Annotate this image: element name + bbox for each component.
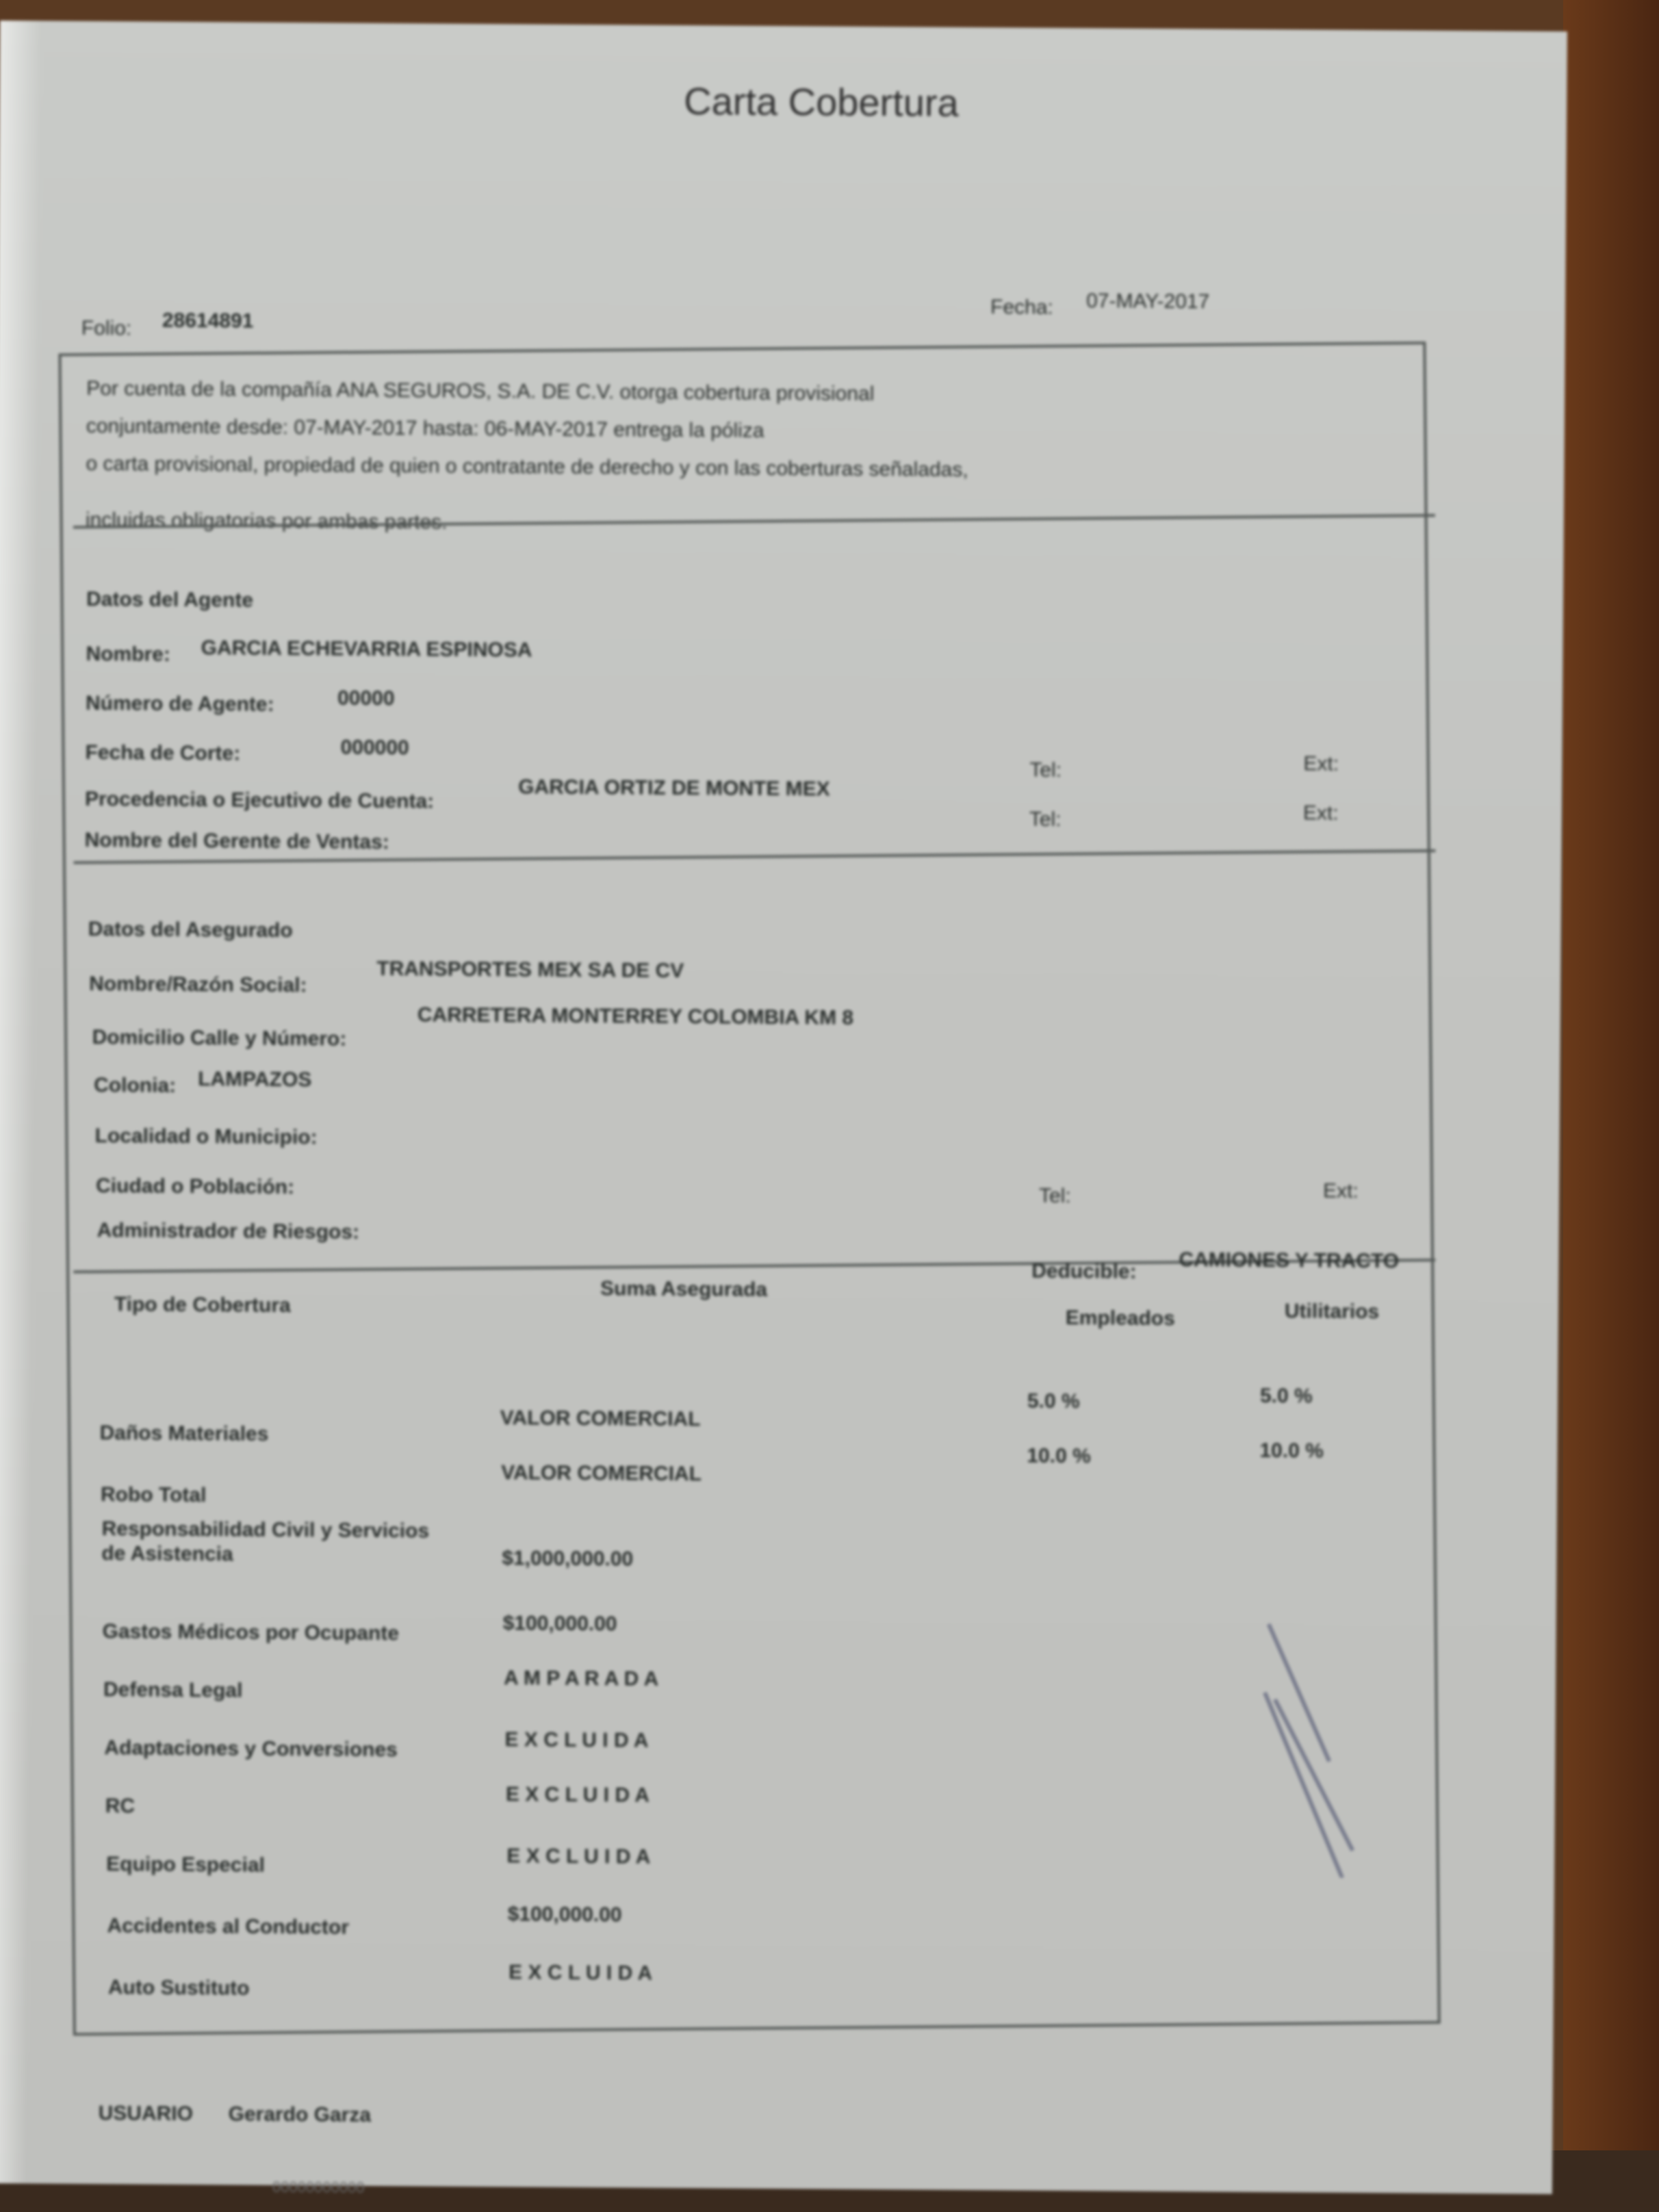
cutoff-date-label: Fecha de Corte: bbox=[85, 741, 240, 766]
bottom-note: 00000000000 bbox=[272, 2178, 365, 2197]
desk-background bbox=[1563, 0, 1659, 2212]
signature-mark bbox=[1260, 1617, 1358, 1878]
municipality-label: Localidad o Municipio: bbox=[95, 1124, 318, 1149]
deductible-a: 5.0 % bbox=[1027, 1390, 1080, 1414]
deductible-b: 5.0 % bbox=[1260, 1385, 1313, 1409]
deductible-col-b: Utilitarios bbox=[1285, 1300, 1380, 1324]
coverage-type: Defensa Legal bbox=[103, 1677, 243, 1703]
coverage-sum: $100,000.00 bbox=[508, 1903, 622, 1927]
ext-label: Ext: bbox=[1323, 1180, 1359, 1203]
deductible-a: 10.0 % bbox=[1027, 1445, 1091, 1469]
coverage-sum: E X C L U I D A bbox=[506, 1783, 650, 1807]
coverage-type: Accidentes al Conductor bbox=[107, 1914, 349, 1940]
document-page: Carta Cobertura Folio: 28614891 Fecha: 0… bbox=[0, 21, 1567, 2194]
address-value: CARRETERA MONTERREY COLOMBIA KM 8 bbox=[417, 1003, 853, 1029]
tel-label: Tel: bbox=[1029, 759, 1062, 782]
insured-name-value: TRANSPORTES MEX SA DE CV bbox=[376, 957, 684, 983]
coverage-table: Daños MaterialesVALOR COMERCIAL5.0 %5.0 … bbox=[0, 21, 1567, 31]
coverage-sum: E X C L U I D A bbox=[506, 1844, 650, 1868]
user-label: USUARIO bbox=[99, 2102, 194, 2126]
user-value: Gerardo Garza bbox=[229, 2102, 372, 2126]
intro-line: incluidas obligatorias por ambas partes. bbox=[86, 509, 448, 535]
tel-label: Tel: bbox=[1029, 808, 1062, 832]
coverage-type: Adaptaciones y Conversiones bbox=[104, 1736, 398, 1762]
city-label: Ciudad o Población: bbox=[96, 1174, 294, 1199]
sum-insured-header: Suma Asegurada bbox=[600, 1277, 767, 1302]
coverage-sum: VALOR COMERCIAL bbox=[501, 1461, 702, 1486]
fecha-value: 07-MAY-2017 bbox=[1086, 290, 1209, 313]
colonia-value: LAMPAZOS bbox=[198, 1068, 311, 1092]
cutoff-date-value: 000000 bbox=[340, 736, 409, 760]
coverage-sum: VALOR COMERCIAL bbox=[500, 1406, 701, 1431]
coverage-sum: $100,000.00 bbox=[503, 1612, 617, 1636]
coverage-sum: $1,000,000.00 bbox=[502, 1547, 633, 1571]
folio-label: Folio: bbox=[81, 317, 132, 341]
coverage-type: Robo Total bbox=[101, 1482, 207, 1508]
coverage-sum: E X C L U I D A bbox=[504, 1728, 648, 1752]
ext-label: Ext: bbox=[1303, 801, 1339, 825]
folio-value: 28614891 bbox=[162, 309, 254, 333]
risk-admin-label: Administrador de Riesgos: bbox=[97, 1219, 360, 1244]
insured-name-label: Nombre/Razón Social: bbox=[89, 973, 307, 997]
deductible-header: Deducible: bbox=[1031, 1260, 1137, 1284]
agent-heading: Datos del Agente bbox=[86, 588, 253, 613]
deductible-col-a: Empleados bbox=[1066, 1307, 1175, 1330]
coverage-type: Gastos Médicos por Ocupante bbox=[102, 1619, 399, 1646]
fecha-label: Fecha: bbox=[990, 296, 1053, 320]
coverage-sum: E X C L U I D A bbox=[509, 1961, 652, 1985]
sales-manager-label: Nombre del Gerente de Ventas: bbox=[85, 829, 389, 854]
coverage-type: RC bbox=[105, 1794, 136, 1818]
ext-label: Ext: bbox=[1303, 752, 1339, 775]
coverage-type: Daños Materiales bbox=[99, 1421, 268, 1447]
coverage-type-header: Tipo de Cobertura bbox=[114, 1293, 291, 1317]
intro-line: conjuntamente desde: 07-MAY-2017 hasta: … bbox=[86, 415, 764, 443]
agent-name-label: Nombre: bbox=[86, 643, 170, 667]
agent-number-value: 00000 bbox=[337, 686, 395, 710]
coverage-type: Responsabilidad Civil y Servicios de Asi… bbox=[101, 1517, 457, 1569]
agent-number-label: Número de Agente: bbox=[86, 692, 274, 717]
document-title: Carta Cobertura bbox=[684, 79, 959, 125]
account-exec-label: Procedencia o Ejecutivo de Cuenta: bbox=[85, 788, 434, 814]
insured-heading: Datos del Asegurado bbox=[88, 918, 293, 942]
agent-name-value: GARCIA ECHEVARRIA ESPINOSA bbox=[201, 636, 532, 662]
coverage-sum: A M P A R A D A bbox=[504, 1667, 658, 1691]
address-label: Domicilio Calle y Número: bbox=[92, 1026, 347, 1051]
deductible-category: CAMIONES Y TRACTO bbox=[1179, 1248, 1399, 1273]
tel-label: Tel: bbox=[1039, 1185, 1071, 1208]
coverage-type: Auto Sustituto bbox=[108, 1975, 250, 2001]
deductible-b: 10.0 % bbox=[1259, 1439, 1324, 1463]
account-exec-value: GARCIA ORTIZ DE MONTE MEX bbox=[518, 775, 830, 801]
coverage-type: Equipo Especial bbox=[106, 1852, 265, 1878]
colonia-label: Colonia: bbox=[94, 1074, 176, 1098]
